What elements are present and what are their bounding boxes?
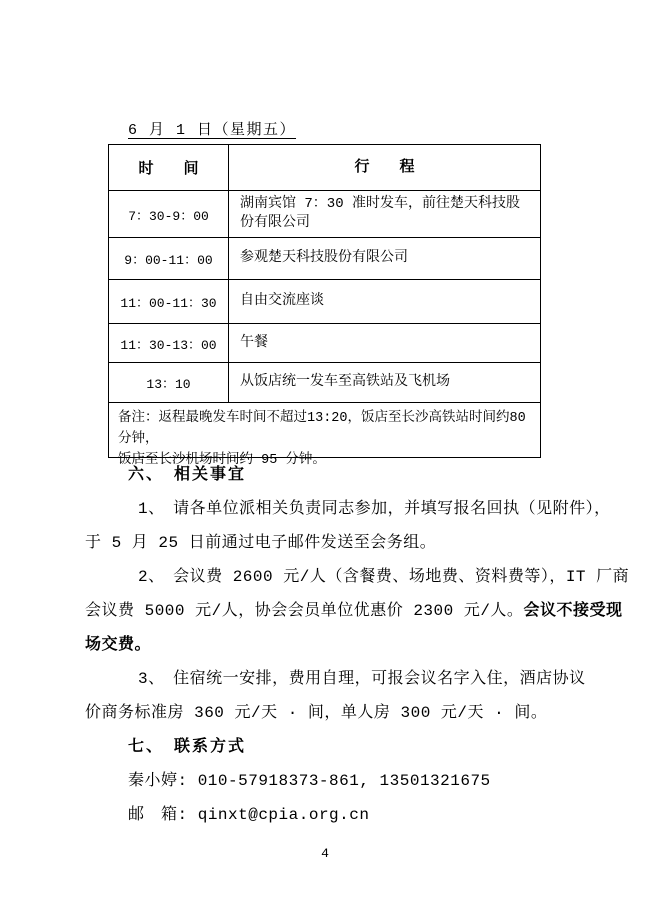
table-note-row: 备注：返程最晚发车时间不超过13:20，饭店至长沙高铁站时间约80 分钟， 饭店…	[109, 403, 540, 457]
itinerary-cell: 自由交流座谈	[229, 280, 540, 323]
note-cell: 备注：返程最晚发车时间不超过13:20，饭店至长沙高铁站时间约80 分钟， 饭店…	[109, 403, 540, 457]
itinerary-cell: 参观楚天科技股份有限公司	[229, 238, 540, 279]
item2-line3-bold: 场交费。	[85, 628, 571, 662]
contact-email-line: 邮 箱: qinxt@cpia.org.cn	[85, 798, 571, 832]
page-number: 4	[0, 846, 650, 861]
email-value: qinxt@cpia.org.cn	[198, 806, 370, 824]
header-time-cell: 时 间	[109, 145, 229, 190]
item2-line2-bold: 会议不接受现	[523, 602, 622, 620]
table-row: 11：30-13：00 午餐	[109, 324, 540, 363]
contact-phone-line: 秦小婷: 010-57918373-861, 13501321675	[85, 764, 571, 798]
time-cell: 11：00-11：30	[109, 280, 229, 323]
schedule-table: 时 间 行 程 7：30-9：00 湖南宾馆 7：30 准时发车，前往楚天科技股…	[108, 144, 541, 458]
item2-line1: 2、 会议费 2600 元/人（含餐费、场地费、资料费等），IT 厂商	[85, 560, 571, 594]
note-line: 备注：返程最晚发车时间不超过13:20，饭店至长沙高铁站时间约80 分钟，	[118, 408, 534, 450]
time-cell: 11：30-13：00	[109, 324, 229, 362]
itinerary-cell: 湖南宾馆 7：30 准时发车，前往楚天科技股份有限公司	[229, 191, 540, 237]
date-title: 6 月 1 日（星期五）	[128, 118, 296, 139]
table-row: 9：00-11：00 参观楚天科技股份有限公司	[109, 238, 540, 280]
item1-line1: 1、 请各单位派相关负责同志参加，并填写报名回执（见附件），	[85, 492, 571, 526]
table-header-row: 时 间 行 程	[109, 145, 540, 191]
item3-line2: 价商务标准房 360 元/天 · 间，单人房 300 元/天 · 间。	[85, 696, 571, 730]
section-heading-contact: 七、 联系方式	[85, 730, 571, 764]
item2-line2: 会议费 5000 元/人，协会会员单位优惠价 2300 元/人。会议不接受现	[85, 594, 571, 628]
document-body: 六、 相关事宜 1、 请各单位派相关负责同志参加，并填写报名回执（见附件）， 于…	[85, 458, 571, 832]
document-page: 6 月 1 日（星期五） 时 间 行 程 7：30-9：00 湖南宾馆 7：30…	[0, 0, 650, 919]
time-cell: 13：10	[109, 363, 229, 402]
item2-line2-normal: 会议费 5000 元/人，协会会员单位优惠价 2300 元/人。	[85, 602, 523, 620]
time-cell: 9：00-11：00	[109, 238, 229, 279]
header-itinerary-cell: 行 程	[229, 145, 540, 190]
table-row: 7：30-9：00 湖南宾馆 7：30 准时发车，前往楚天科技股份有限公司	[109, 191, 540, 238]
time-cell: 7：30-9：00	[109, 191, 229, 237]
table-row: 11：00-11：30 自由交流座谈	[109, 280, 540, 324]
item1-line2: 于 5 月 25 日前通过电子邮件发送至会务组。	[85, 526, 571, 560]
itinerary-cell: 从饭店统一发车至高铁站及飞机场	[229, 363, 540, 402]
table-row: 13：10 从饭店统一发车至高铁站及飞机场	[109, 363, 540, 403]
itinerary-cell: 午餐	[229, 324, 540, 362]
section-heading-related: 六、 相关事宜	[85, 458, 571, 492]
item3-line1: 3、 住宿统一安排，费用自理，可报会议名字入住，酒店协议	[85, 662, 571, 696]
email-label: 邮 箱:	[128, 806, 198, 824]
